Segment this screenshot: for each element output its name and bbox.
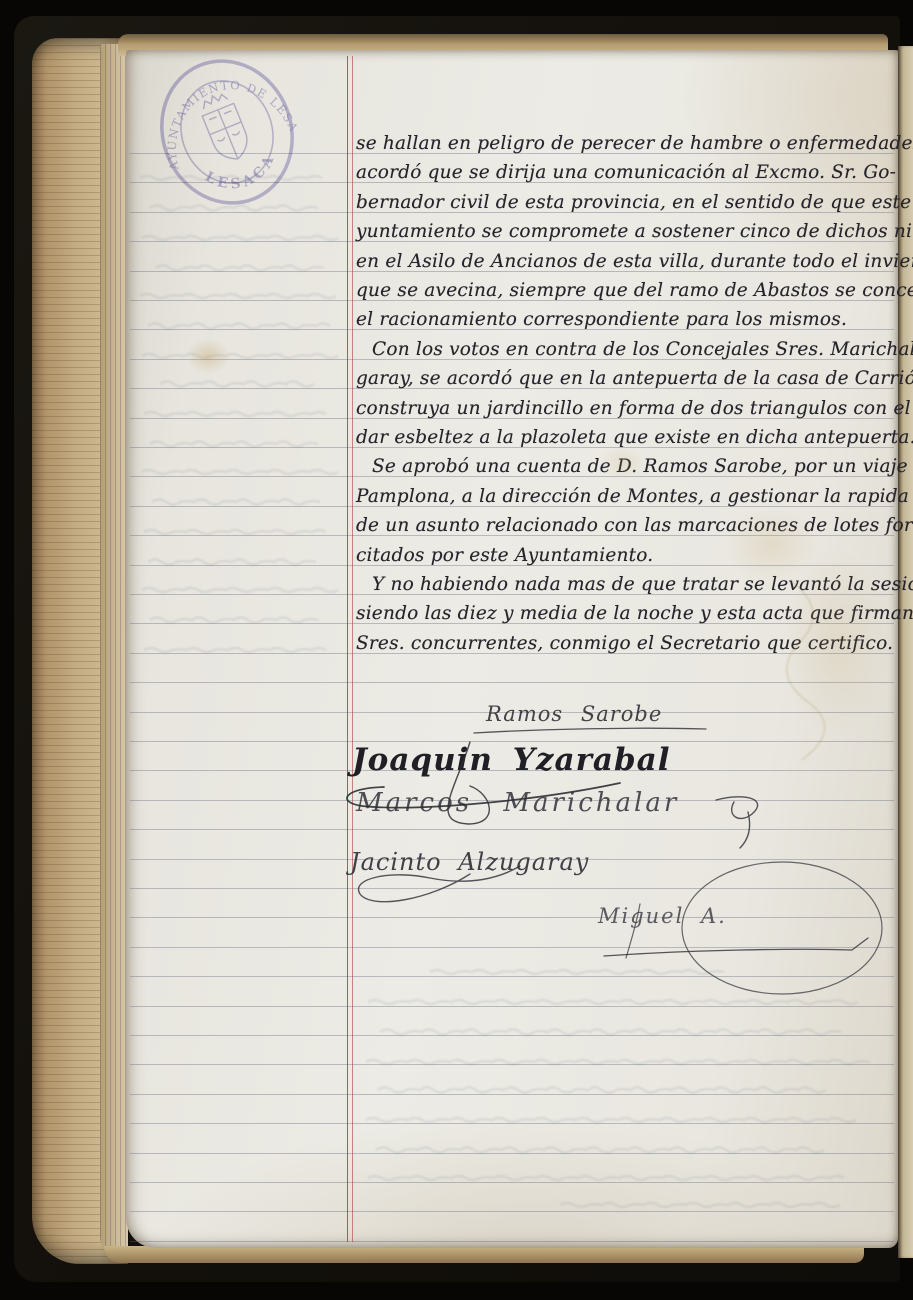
manuscript-line: de un asunto relacionado con las marcaci… bbox=[356, 510, 901, 541]
manuscript-line: bernador civil de esta provincia, en el … bbox=[356, 187, 901, 218]
manuscript-line: se hallan en peligro de perecer de hambr… bbox=[356, 128, 901, 159]
ruled-line bbox=[130, 1211, 894, 1212]
ruled-line bbox=[130, 1035, 894, 1036]
ruled-line bbox=[130, 917, 894, 918]
manuscript-line: garay, se acordó que en la antepuerta de… bbox=[356, 363, 901, 394]
signature: Jacinto Alzugaray bbox=[350, 848, 589, 876]
manuscript-line: Con los votos en contra de los Concejale… bbox=[356, 334, 913, 365]
ruled-line bbox=[130, 1153, 894, 1154]
signature: Marcos Marichalar bbox=[356, 788, 679, 818]
red-margin-line-inner bbox=[352, 56, 353, 1242]
ruled-line bbox=[130, 947, 894, 948]
manuscript-page: se hallan en peligro de perecer de hambr… bbox=[126, 50, 898, 1248]
manuscript-line: acordó que se dirija una comunicación al… bbox=[356, 157, 901, 188]
page-stack-bottom-edge bbox=[104, 1246, 864, 1263]
signature: Ramos Sarobe bbox=[486, 702, 662, 726]
manuscript-line: yuntamiento se compromete a sostener cin… bbox=[356, 216, 901, 247]
signature: Miguel A. bbox=[598, 904, 727, 928]
signature: Joaquin Yzarabal bbox=[352, 742, 671, 778]
manuscript-line: el racionamiento correspondiente para lo… bbox=[356, 304, 901, 335]
manuscript-line: siendo las diez y media de la noche y es… bbox=[356, 598, 901, 629]
ruled-line bbox=[130, 888, 894, 889]
manuscript-line: construya un jardincillo en forma de dos… bbox=[356, 393, 901, 424]
manuscript-line: Se aprobó una cuenta de D. Ramos Sarobe,… bbox=[356, 451, 913, 482]
ruled-line bbox=[130, 1123, 894, 1124]
scanned-minute-book-photo: { "document": { "kind": "handwritten-mun… bbox=[0, 0, 913, 1300]
manuscript-line: citados por este Ayuntamiento. bbox=[356, 540, 901, 571]
manuscript-line: dar esbeltez a la plazoleta que existe e… bbox=[356, 422, 901, 453]
ruled-line bbox=[130, 976, 894, 977]
svg-text:LESACA: LESACA bbox=[198, 143, 286, 205]
ruled-line bbox=[130, 1006, 894, 1007]
manuscript-line: Sres. concurrentes, conmigo el Secretari… bbox=[356, 628, 901, 659]
manuscript-line: en el Asilo de Ancianos de esta villa, d… bbox=[356, 246, 901, 277]
ruled-line bbox=[130, 1094, 894, 1095]
stamp-bottom-text: LESACA bbox=[198, 143, 286, 205]
manuscript-line: que se avecina, siempre que del ramo de … bbox=[356, 275, 901, 306]
ruled-line bbox=[130, 682, 894, 683]
manuscript-line: Pamplona, a la dirección de Montes, a ge… bbox=[356, 481, 901, 512]
ruled-line bbox=[130, 1064, 894, 1065]
page-stack-edge-lines bbox=[100, 44, 128, 1256]
ruled-line bbox=[130, 1241, 894, 1242]
manuscript-line: Y no habiendo nada mas de que tratar se … bbox=[356, 569, 913, 600]
ruled-line bbox=[130, 1182, 894, 1183]
stamp-coat-of-arms bbox=[197, 89, 254, 165]
ruled-line bbox=[130, 829, 894, 830]
red-margin-line-outer bbox=[347, 56, 348, 1242]
